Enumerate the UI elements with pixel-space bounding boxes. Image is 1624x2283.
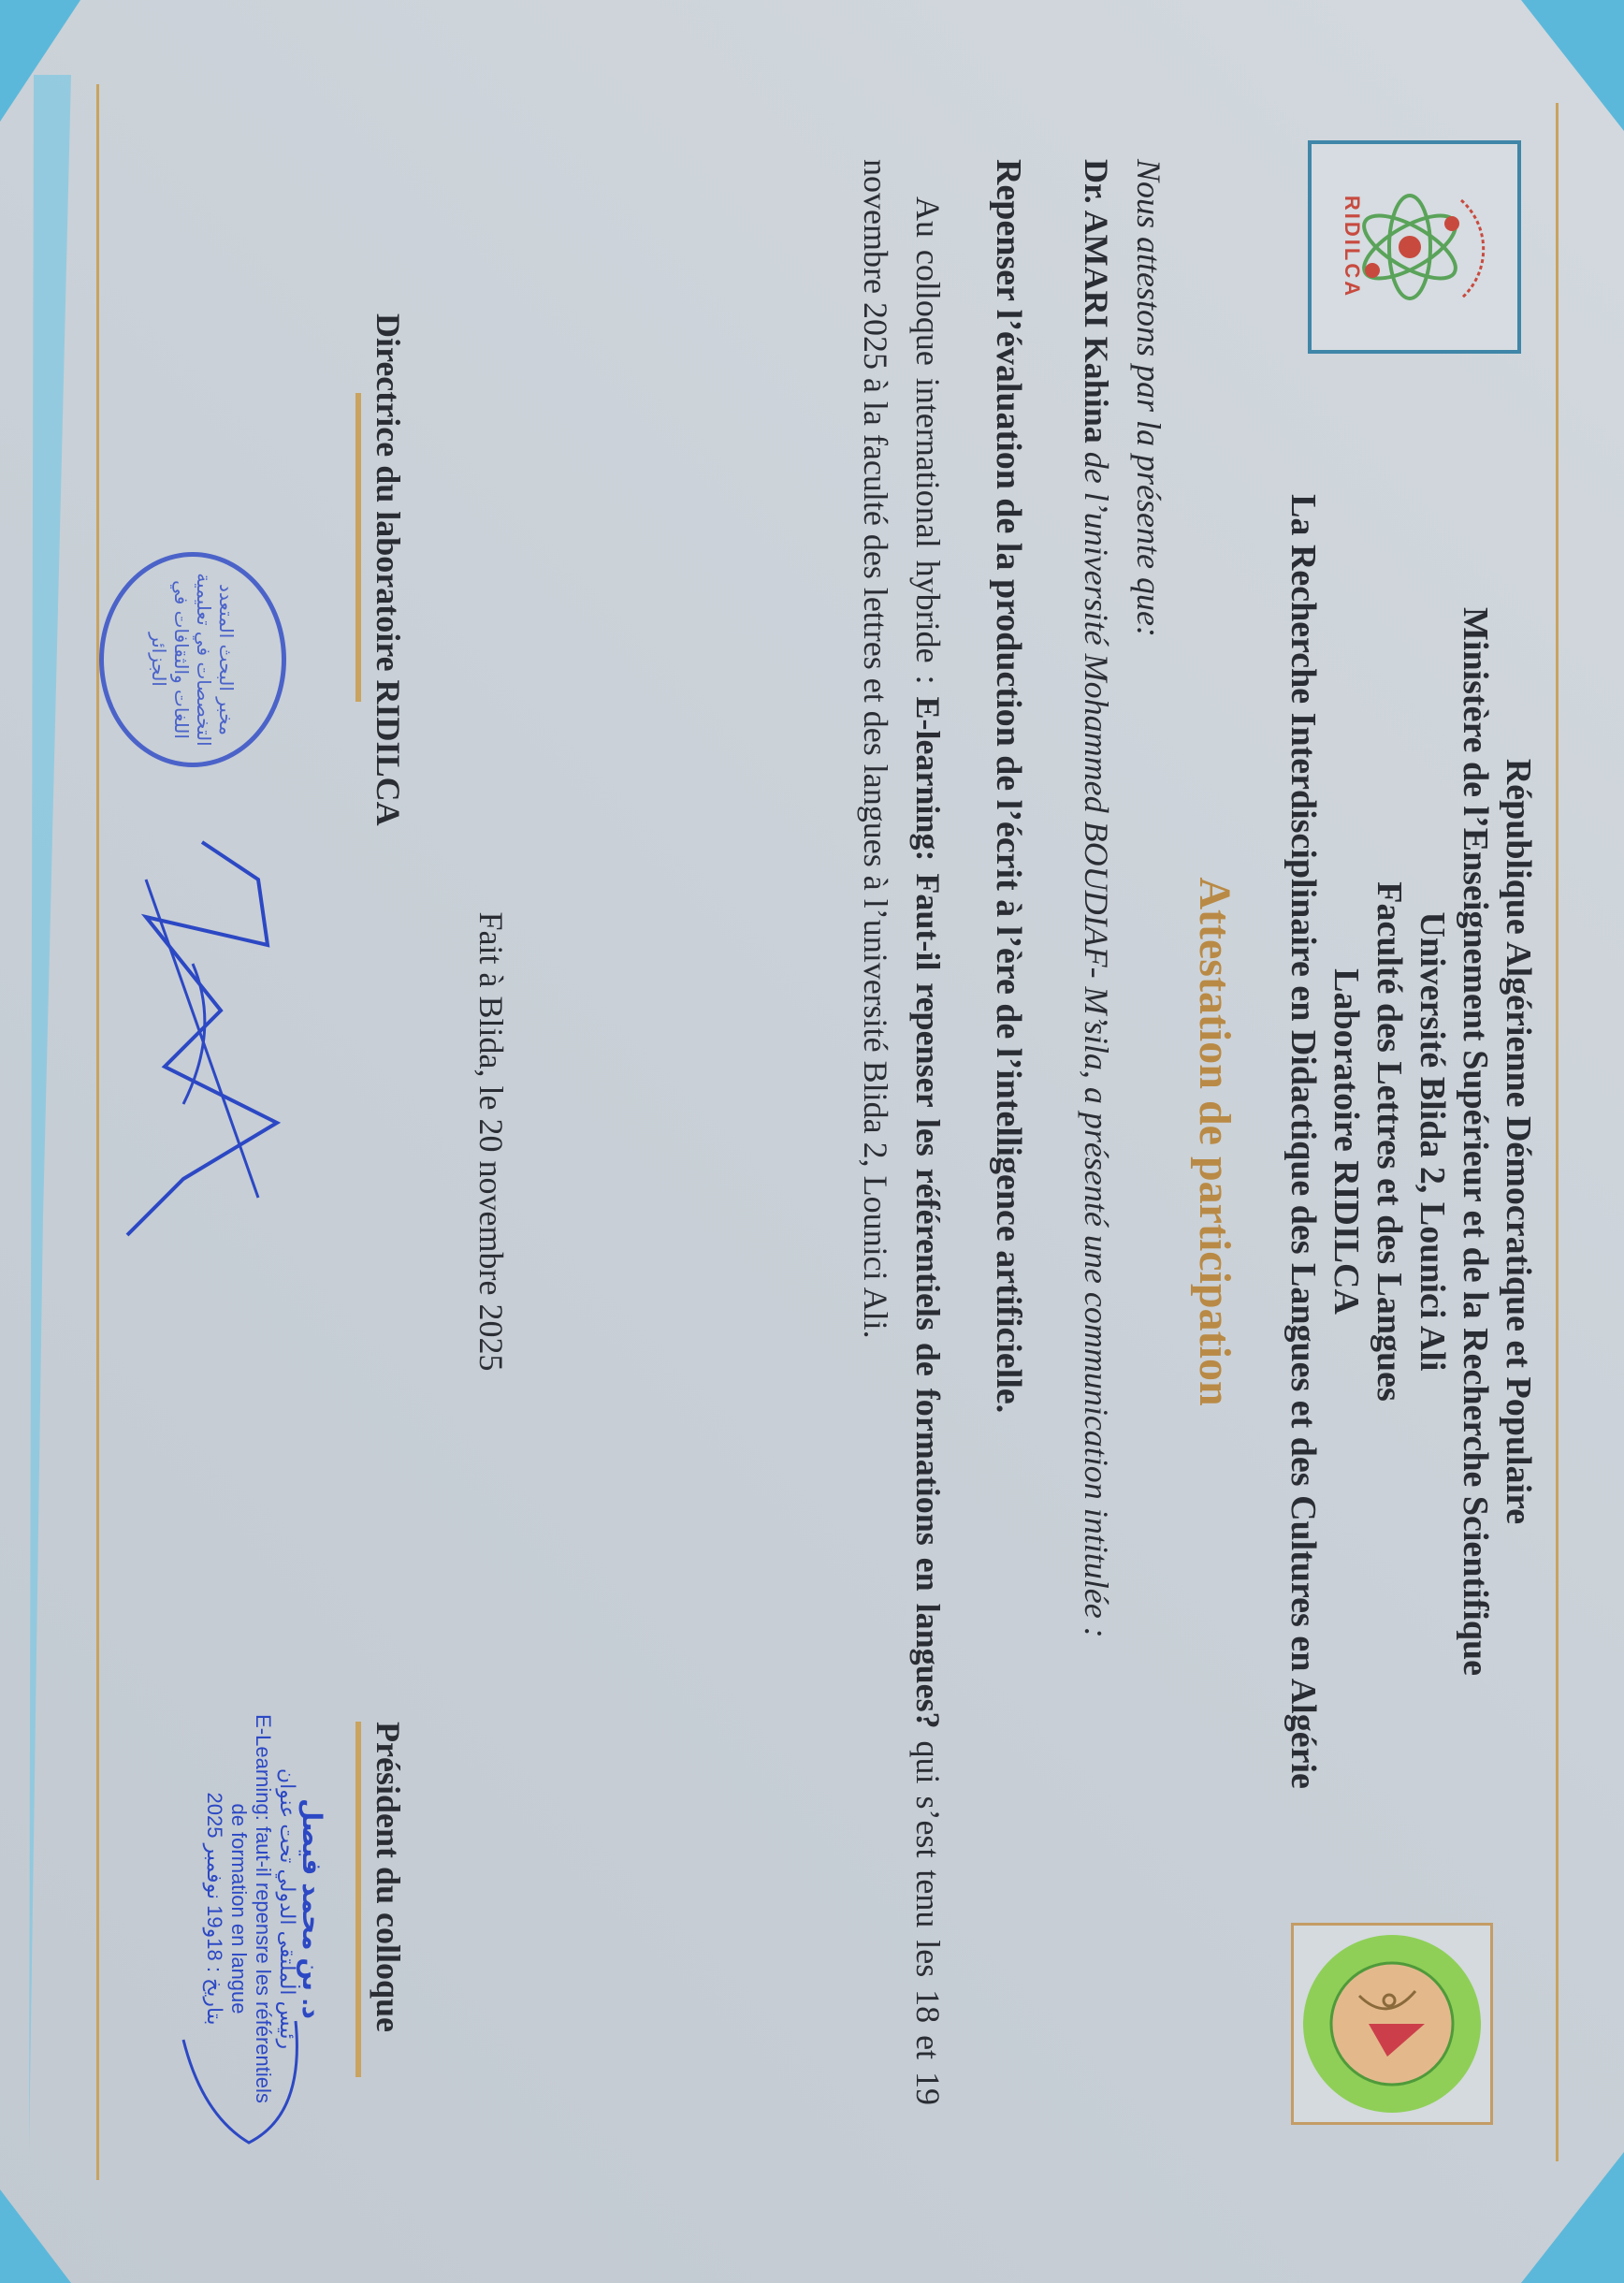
certificate-body: Nous attestons par la présente que: Dr. … bbox=[849, 159, 1175, 2105]
certificate-page: RIDILCA République Algérienne Démocratiq… bbox=[0, 0, 1624, 2283]
colloque-title: E-learning: Faut-il repenser les référen… bbox=[909, 696, 947, 1728]
director-label: Directrice du laboratoire RIDILCA bbox=[369, 313, 408, 826]
header-laboratory: Laboratoire RIDILCA bbox=[1325, 0, 1368, 2283]
president-label: Président du colloque bbox=[369, 1722, 408, 2032]
president-signature bbox=[146, 2002, 333, 2189]
director-signature bbox=[71, 823, 333, 1272]
president-underline bbox=[355, 1722, 361, 2077]
document-title: Attestation de participation bbox=[1189, 0, 1240, 2283]
participant-affiliation: de l’université Mohammed BOUDIAF- M’sila… bbox=[1078, 444, 1115, 1638]
header: République Algérienne Démocratique et Po… bbox=[1282, 0, 1540, 2283]
director-underline bbox=[355, 393, 361, 702]
colloque-details: Au colloque international hybride : E-le… bbox=[849, 159, 954, 2105]
header-faculty: Faculté des Lettres et des Langues bbox=[1368, 0, 1411, 2283]
header-republic: République Algérienne Démocratique et Po… bbox=[1497, 0, 1540, 2283]
header-university: Université Blida 2, Lounici Ali bbox=[1411, 0, 1454, 2283]
participant-name: Dr. AMARI Kahina bbox=[1078, 159, 1115, 444]
header-lab-fullname: La Recherche Interdisciplinaire en Didac… bbox=[1282, 0, 1325, 2283]
place-date: Fait à Blida, le 20 novembre 2025 bbox=[471, 0, 511, 2283]
laboratory-stamp: مخبر البحث المتعدد التخصصات في تعليمية ا… bbox=[99, 552, 286, 767]
intro-text: Nous attestons par la présente que: bbox=[1123, 159, 1175, 2105]
header-ministry: Ministère de l’Enseignement Supérieur et… bbox=[1454, 0, 1497, 2283]
frame-top bbox=[1556, 103, 1559, 2161]
communication-title: Repenser l’évaluation de la production d… bbox=[982, 159, 1035, 2105]
